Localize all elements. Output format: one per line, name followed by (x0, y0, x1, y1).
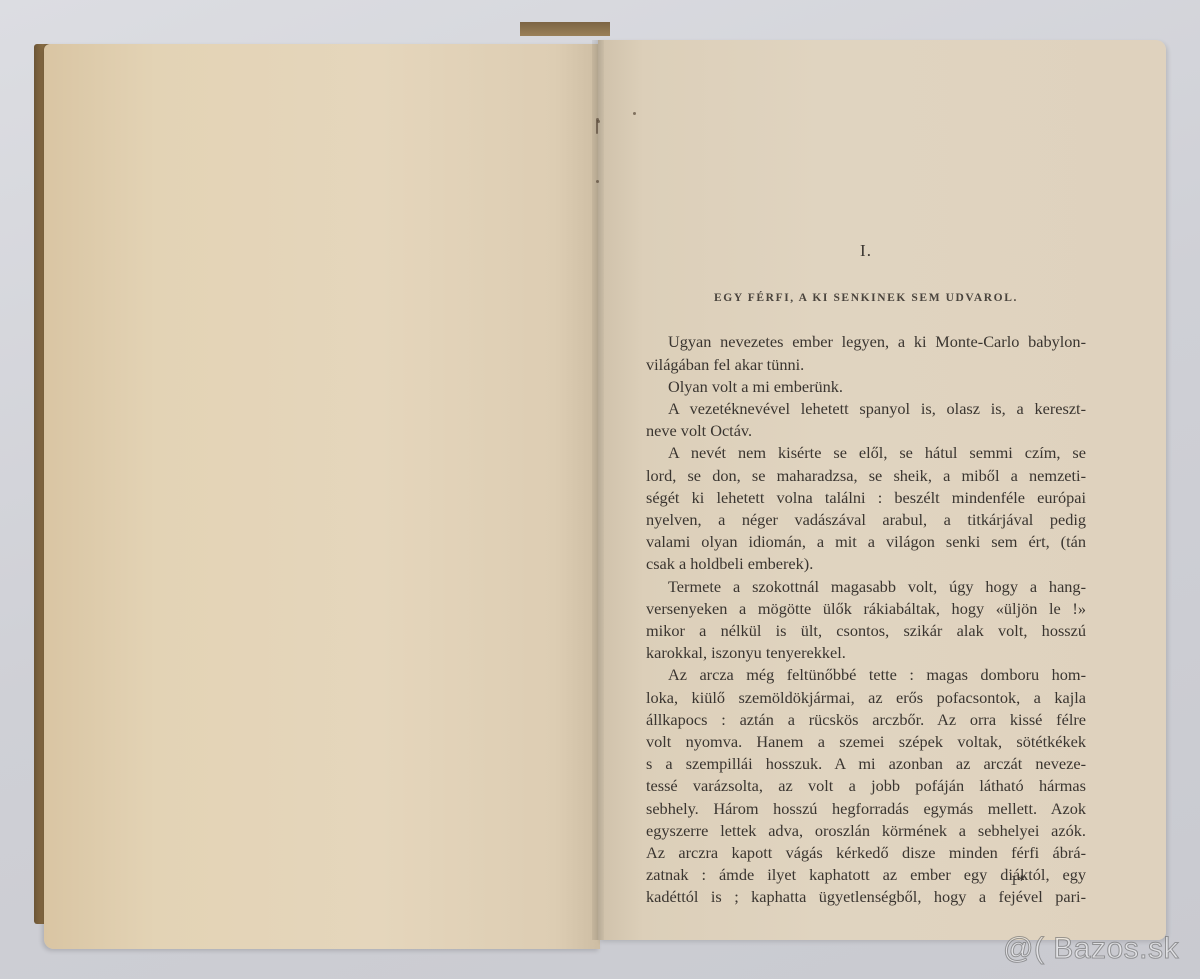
chapter-text: I. EGY FÉRFI, A KI SENKINEK SEM UDVAROL.… (646, 240, 1086, 909)
paragraph: Olyan volt a mi emberünk. (646, 376, 1086, 398)
watermark: @( Bazos.sk (1003, 932, 1179, 966)
left-blank-page (44, 44, 600, 949)
page-number: 1* (1010, 873, 1025, 890)
paragraph: Termete a szokottnál magasabb volt, úgy … (646, 576, 1086, 665)
book-gutter (592, 40, 604, 940)
gutter-speck (597, 120, 600, 123)
gutter-speck (596, 180, 599, 183)
chapter-title: EGY FÉRFI, A KI SENKINEK SEM UDVAROL. (646, 287, 1086, 309)
page-speck (633, 112, 636, 115)
paragraph: A vezetéknevével lehetett spanyol is, ol… (646, 398, 1086, 442)
paragraph: A nevét nem kisérte se elől, se hátul se… (646, 442, 1086, 575)
paragraph: Ugyan nevezetes ember legyen, a ki Monte… (646, 331, 1086, 375)
chapter-number: I. (646, 240, 1086, 262)
book-cover-top-edge (520, 22, 610, 36)
